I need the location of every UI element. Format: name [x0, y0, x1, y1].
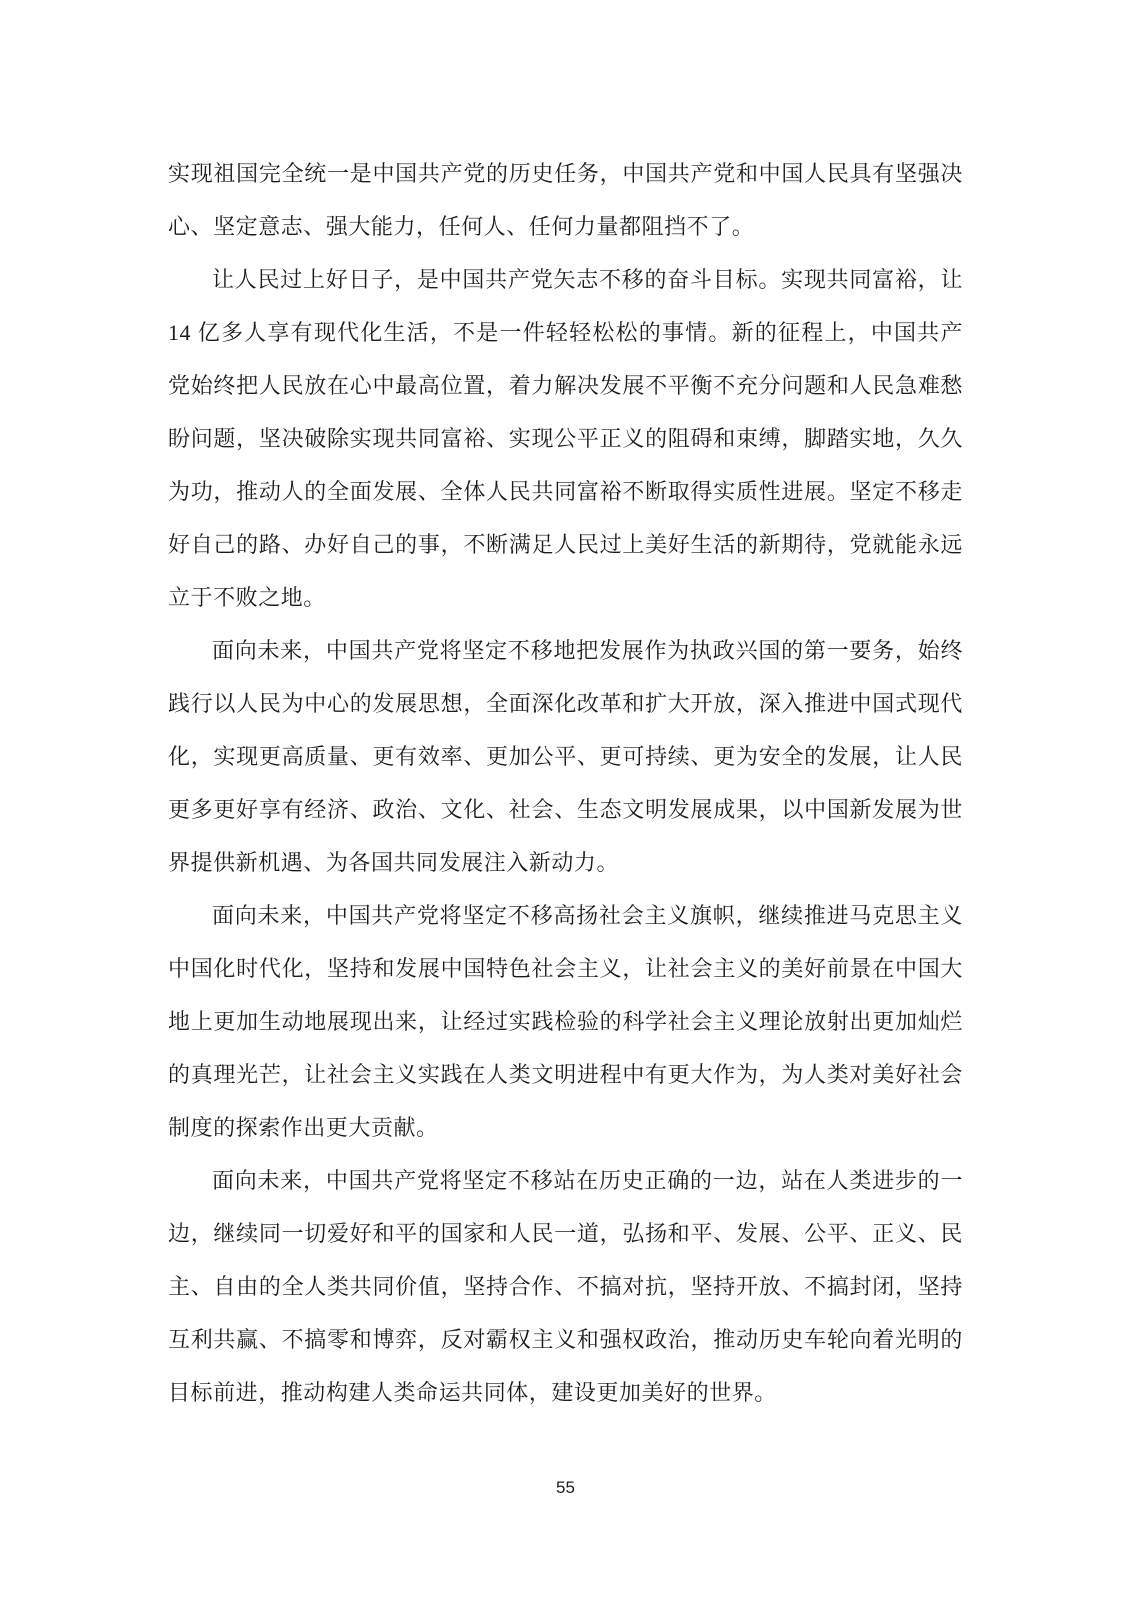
paragraph-future-development: 面向未来，中国共产党将坚定不移地把发展作为执政兴国的第一要务，始终践行以人民为中…: [168, 624, 963, 889]
paragraph-people-good-life: 让人民过上好日子，是中国共产党矢志不移的奋斗目标。实现共同富裕，让 14 亿多人…: [168, 253, 963, 624]
paragraph-future-right-side-of-history: 面向未来，中国共产党将坚定不移站在历史正确的一边，站在人类进步的一边，继续同一切…: [168, 1154, 963, 1419]
paragraph-continuation: 实现祖国完全统一是中国共产党的历史任务，中国共产党和中国人民具有坚强决心、坚定意…: [168, 147, 963, 253]
document-body: 实现祖国完全统一是中国共产党的历史任务，中国共产党和中国人民具有坚强决心、坚定意…: [168, 147, 963, 1419]
paragraph-future-socialism: 面向未来，中国共产党将坚定不移高扬社会主义旗帜，继续推进马克思主义中国化时代化，…: [168, 889, 963, 1154]
document-page: 实现祖国完全统一是中国共产党的历史任务，中国共产党和中国人民具有坚强决心、坚定意…: [0, 0, 1131, 1600]
page-number: 55: [0, 1478, 1131, 1498]
